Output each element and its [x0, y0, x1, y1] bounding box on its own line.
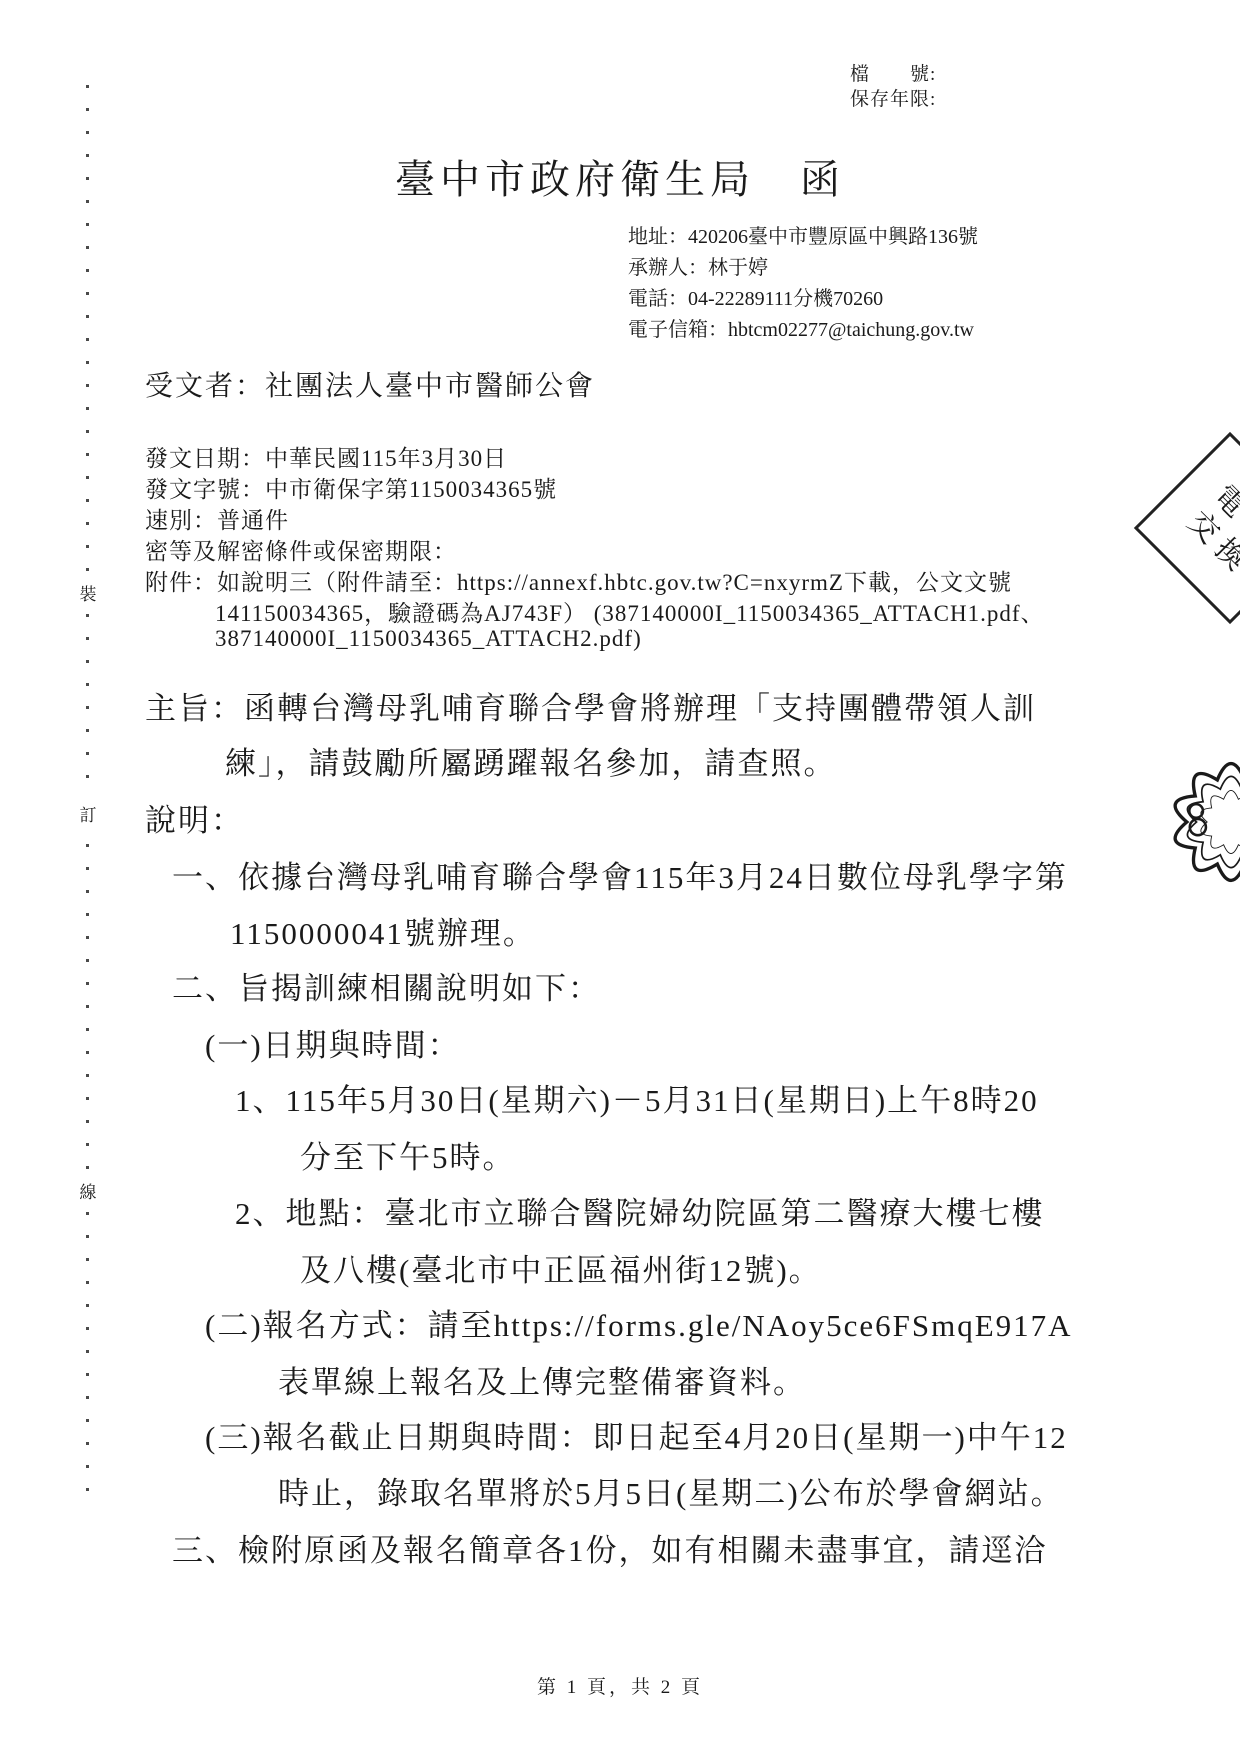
- item-1-line-2: 1150000041號辦理。: [230, 908, 536, 953]
- item-2-3-line-2: 時止，錄取名單將於5月5日(星期二)公布於學會網站。: [278, 1468, 1064, 1513]
- sender-address: 地址：420206臺中市豐原區中興路136號: [628, 220, 978, 249]
- subject-line-2: 練」，請鼓勵所屬踴躍報名參加，請查照。: [225, 738, 837, 783]
- classification-line: 密等及解密條件或保密期限：: [145, 533, 457, 566]
- retention-label: 保存年限:: [850, 87, 936, 112]
- attachment-line-3: 387140000I_1150034365_ATTACH2.pdf): [215, 626, 642, 652]
- attachment-line-2: 141150034365，驗證碼為AJ743F） (387140000I_115…: [215, 595, 1045, 628]
- item-2-2-line-1: (二)報名方式：請至https://forms.gle/NAoy5ce6FSmq…: [205, 1300, 1073, 1345]
- document-title: 臺中市政府衛生局 函: [0, 148, 1240, 205]
- item-2-1-1-line-2: 分至下午5時。: [300, 1132, 516, 1177]
- item-2-2-line-2: 表單線上報名及上傳完整備審資料。: [278, 1357, 806, 1402]
- sender-contact-person: 承辦人：林于婷: [628, 251, 768, 280]
- subject-line-1: 主旨：函轉台灣母乳哺育聯合學會將辦理「支持團體帶領人訓: [145, 683, 1036, 728]
- item-3-line-1: 三、檢附原函及報名簡章各1份，如有相關未盡事宜，請逕洽: [172, 1525, 1048, 1570]
- binding-char-zhuang: 裝: [76, 576, 100, 609]
- page-number-footer: 第 1 頁，共 2 頁: [0, 1672, 1240, 1699]
- binding-char-ding: 訂: [76, 797, 100, 830]
- sender-email: 電子信箱：hbtcm02277@taichung.gov.tw: [628, 313, 974, 342]
- item-2-1-1-line-1: 1、115年5月30日(星期六)－5月31日(星期日)上午8時20: [235, 1075, 1039, 1120]
- item-2-1-2-line-1: 2、地點：臺北市立聯合醫院婦幼院區第二醫療大樓七樓: [235, 1188, 1045, 1233]
- item-1-line-1: 一、依據台灣母乳哺育聯合學會115年3月24日數位母乳學字第: [172, 852, 1068, 897]
- item-2-heading: 二、旨揭訓練相關說明如下：: [172, 963, 601, 1008]
- archive-no-label: 檔 號:: [850, 62, 936, 87]
- flower-seal: [1146, 737, 1240, 907]
- explanation-heading: 說明：: [145, 795, 244, 840]
- speed-line: 速別：普通件: [145, 502, 289, 535]
- recipient-line: 受文者：社團法人臺中市醫師公會: [145, 364, 595, 404]
- sender-phone: 電話：04-22289111分機70260: [628, 282, 883, 311]
- item-2-1-heading: (一)日期與時間：: [205, 1020, 461, 1065]
- seal-number-top-circle: [1189, 804, 1203, 818]
- issue-date-line: 發文日期：中華民國115年3月30日: [145, 440, 507, 473]
- item-2-3-line-1: (三)報名截止日期與時間：即日起至4月20日(星期一)中午12: [205, 1412, 1068, 1457]
- doc-number-line: 發文字號：中市衛保字第1150034365號: [145, 471, 557, 504]
- document-page: 檔 號: 保存年限: 臺中市政府衛生局 函 地址：420206臺中市豐原區中興路…: [0, 0, 1240, 1754]
- archive-block: 檔 號: 保存年限:: [850, 62, 936, 112]
- item-2-1-2-line-2: 及八樓(臺北市中正區福州街12號)。: [300, 1245, 822, 1290]
- binding-char-xian: 線: [76, 1174, 100, 1207]
- attachment-line-1: 附件：如說明三（附件請至：https://annexf.hbtc.gov.tw?…: [145, 564, 1012, 597]
- electronic-exchange-stamp: 電子 交換: [1134, 432, 1240, 624]
